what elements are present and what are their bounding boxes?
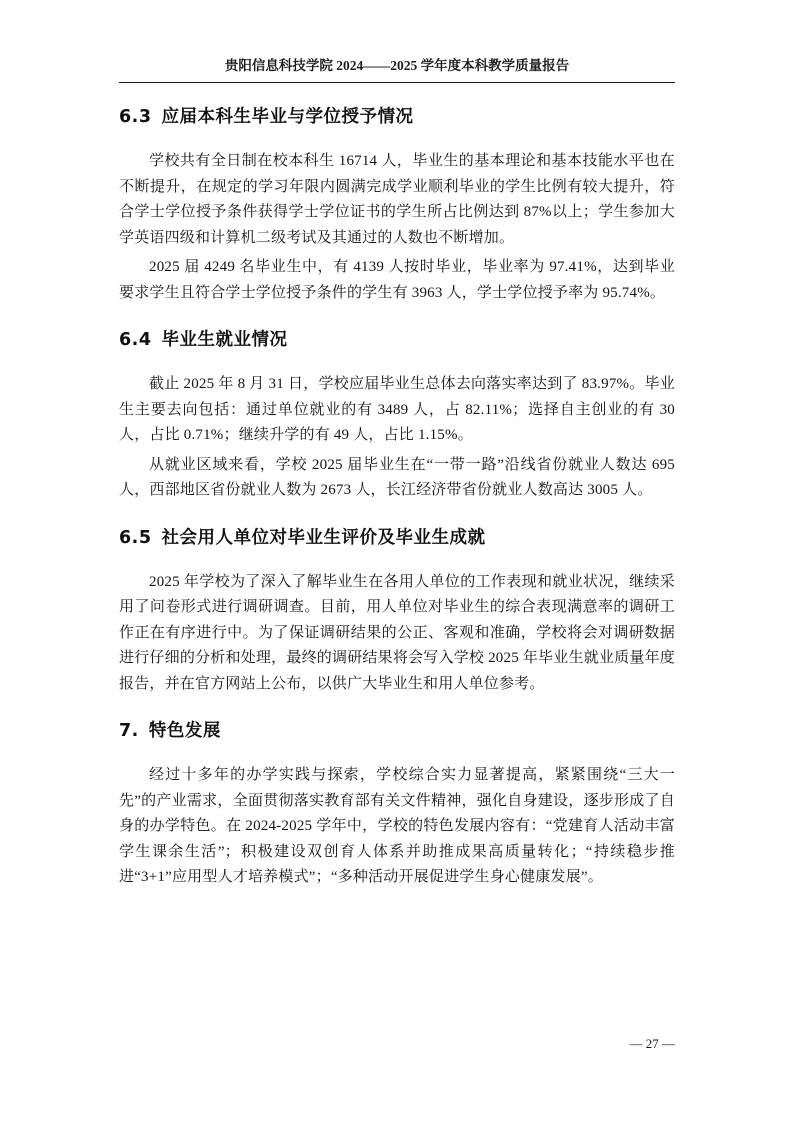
section-number: 6.4 <box>119 328 152 352</box>
page-number: — 27 — <box>630 1036 676 1052</box>
section-number: 6.3 <box>119 105 152 129</box>
paragraph: 2025 届 4249 名毕业生中，有 4139 人按时毕业，毕业率为 97.4… <box>119 255 675 306</box>
paragraph: 学校共有全日制在校本科生 16714 人，毕业生的基本理论和基本技能水平也在不断… <box>119 149 675 251</box>
page-content: 贵阳信息科技学院 2024——2025 学年度本科教学质量报告 6.3应届本科生… <box>0 0 793 891</box>
paragraph: 从就业区域来看，学校 2025 届毕业生在“一带一路”沿线省份就业人数达 695… <box>119 453 675 504</box>
section-title: 应届本科生毕业与学位授予情况 <box>162 107 414 127</box>
paragraph: 截止 2025 年 8 月 31 日，学校应届毕业生总体去向落实率达到了 83.… <box>119 372 675 449</box>
section-number: 7. <box>119 719 139 743</box>
paragraph: 经过十多年的办学实践与探索，学校综合实力显著提高，紧紧围绕“三大一先”的产业需求… <box>119 763 675 891</box>
paragraph: 2025 年学校为了深入了解毕业生在各用人单位的工作表现和就业状况，继续采用了问… <box>119 570 675 698</box>
report-header: 贵阳信息科技学院 2024——2025 学年度本科教学质量报告 <box>119 56 675 83</box>
section-title: 社会用人单位对毕业生评价及毕业生成就 <box>162 528 486 548</box>
report-page: 贵阳信息科技学院 2024——2025 学年度本科教学质量报告 6.3应届本科生… <box>0 0 793 1122</box>
section-title: 毕业生就业情况 <box>162 330 288 350</box>
section-heading-6-5: 6.5社会用人单位对毕业生评价及毕业生成就 <box>119 526 675 550</box>
section-heading-6-3: 6.3应届本科生毕业与学位授予情况 <box>119 105 675 129</box>
section-heading-7: 7.特色发展 <box>119 719 675 743</box>
section-title: 特色发展 <box>149 721 221 741</box>
section-number: 6.5 <box>119 526 152 550</box>
section-heading-6-4: 6.4毕业生就业情况 <box>119 328 675 352</box>
